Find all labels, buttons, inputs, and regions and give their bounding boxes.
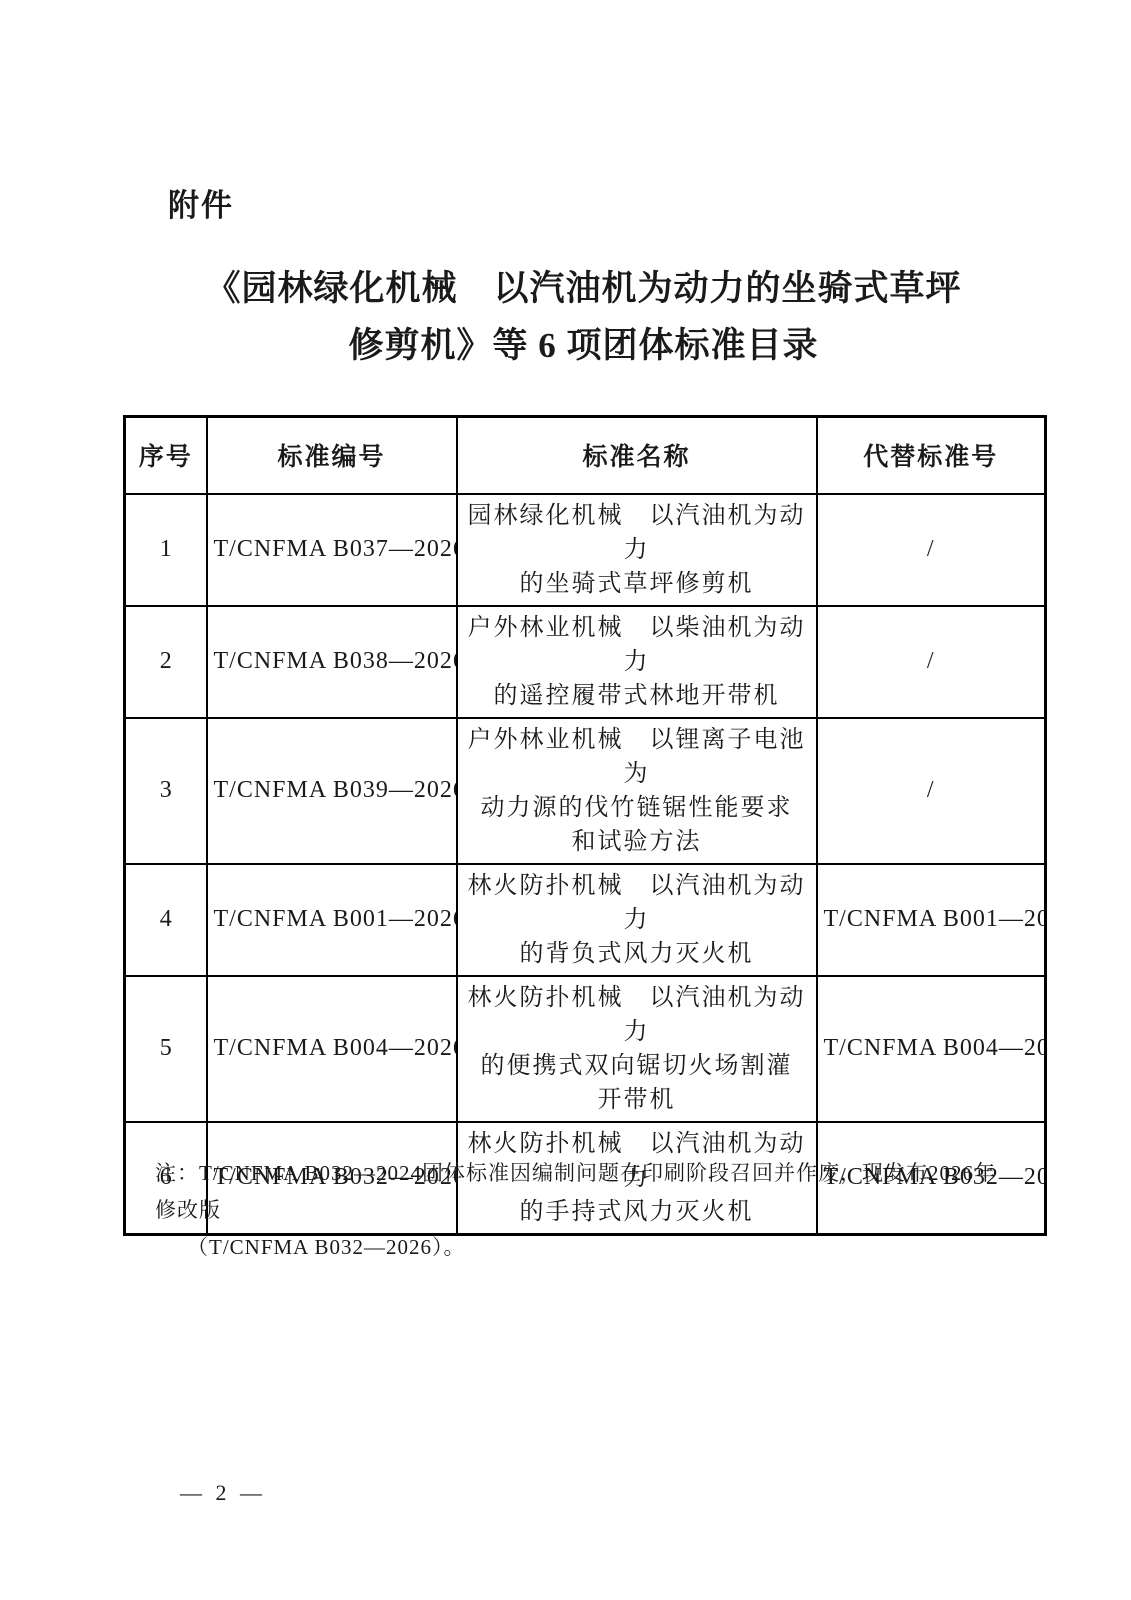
table-row: 4 T/CNFMA B001—2026 林火防扑机械 以汽油机为动力 的背负式风… [125,864,1046,976]
serial-cell: 5 [125,976,207,1122]
serial-cell: 4 [125,864,207,976]
name-cell: 户外林业机械 以锂离子电池为 动力源的伐竹链锯性能要求 和试验方法 [457,718,817,864]
replaces-cell: / [817,718,1046,864]
table-row: 3 T/CNFMA B039—2026 户外林业机械 以锂离子电池为 动力源的伐… [125,718,1046,864]
replaces-cell: T/CNFMA B004—2018 [817,976,1046,1122]
document-page: 附件 《园林绿化机械 以汽油机为动力的坐骑式草坪 修剪机》等 6 项团体标准目录… [0,0,1131,1600]
footnote: 注：T/CNFMA B032—2024团体标准因编制问题在印刷阶段召回并作废，现… [155,1155,1015,1266]
serial-cell: 3 [125,718,207,864]
page-number: — 2 — [180,1480,266,1506]
attachment-label: 附件 [168,180,234,225]
name-cell: 林火防扑机械 以汽油机为动力 的背负式风力灭火机 [457,864,817,976]
serial-cell: 1 [125,494,207,606]
serial-cell: 2 [125,606,207,718]
footnote-line1: 注：T/CNFMA B032—2024团体标准因编制问题在印刷阶段召回并作废，现… [155,1155,1015,1229]
header-serial: 序号 [125,417,207,494]
table-row: 5 T/CNFMA B004—2026 林火防扑机械 以汽油机为动力 的便携式双… [125,976,1046,1122]
table-row: 2 T/CNFMA B038—2026 户外林业机械 以柴油机为动力 的遥控履带… [125,606,1046,718]
replaces-cell: T/CNFMA B001—2018 [817,864,1046,976]
header-standard-name: 标准名称 [457,417,817,494]
code-cell: T/CNFMA B001—2026 [207,864,457,976]
name-cell: 户外林业机械 以柴油机为动力 的遥控履带式林地开带机 [457,606,817,718]
code-cell: T/CNFMA B039—2026 [207,718,457,864]
name-cell: 园林绿化机械 以汽油机为动力 的坐骑式草坪修剪机 [457,494,817,606]
header-standard-code: 标准编号 [207,417,457,494]
document-title-line1: 《园林绿化机械 以汽油机为动力的坐骑式草坪 [123,260,1044,317]
header-replaced-code: 代替标准号 [817,417,1046,494]
replaces-cell: / [817,606,1046,718]
code-cell: T/CNFMA B038—2026 [207,606,457,718]
name-cell: 林火防扑机械 以汽油机为动力 的便携式双向锯切火场割灌 开带机 [457,976,817,1122]
table-header-row: 序号 标准编号 标准名称 代替标准号 [125,417,1046,494]
table-row: 1 T/CNFMA B037—2026 园林绿化机械 以汽油机为动力 的坐骑式草… [125,494,1046,606]
code-cell: T/CNFMA B037—2026 [207,494,457,606]
footnote-line2: （T/CNFMA B032—2026）。 [155,1229,1015,1266]
replaces-cell: / [817,494,1046,606]
document-title: 《园林绿化机械 以汽油机为动力的坐骑式草坪 修剪机》等 6 项团体标准目录 [123,260,1044,374]
code-cell: T/CNFMA B004—2026 [207,976,457,1122]
standards-table: 序号 标准编号 标准名称 代替标准号 1 T/CNFMA B037—2026 园… [123,415,1047,1236]
document-title-line2: 修剪机》等 6 项团体标准目录 [123,317,1044,374]
